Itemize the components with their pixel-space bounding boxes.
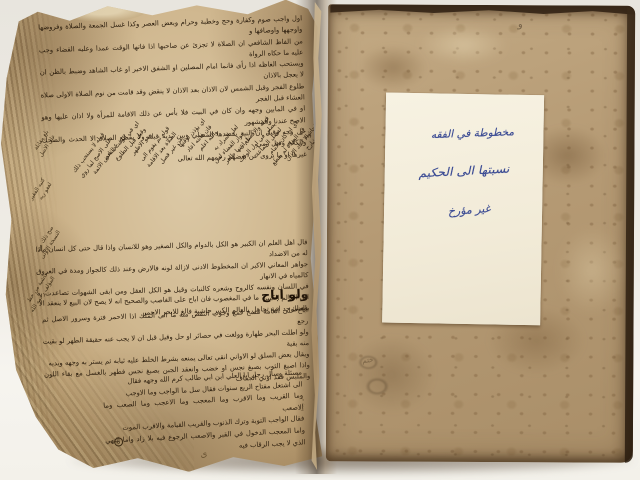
- note-line-1: مخطوطة في الفقه: [393, 125, 551, 143]
- light-patch: [418, 25, 508, 65]
- seal-glyph-text: ختم: [362, 356, 374, 365]
- foxing-stain: [346, 334, 436, 414]
- faint-seal-impression: [364, 376, 390, 396]
- note-line-3: غير مؤرخ: [390, 198, 549, 222]
- left-manuscript-page: اول واجب صوم وكفارة وحج وخطبة وحرام وبعض…: [0, 0, 322, 474]
- catalog-note-slip: مخطوطة في الفقه نسبتها الى الحكيم غير مؤ…: [382, 93, 544, 326]
- light-patch: [557, 225, 627, 315]
- bottom-question-block: مسئلة وسأل رجل ابا العلي ابن ابي طالب كر…: [102, 367, 306, 459]
- manuscript-photo: اول واجب صوم وكفارة وحج وخطبة وحرام وبعض…: [0, 0, 640, 480]
- end-of-text-roundel: ه: [114, 437, 123, 446]
- faint-pen-mark: و: [517, 19, 523, 31]
- right-inner-cover-page: و مخطوطة في الفقه نسبتها الى الحكيم غير …: [326, 4, 635, 463]
- leather-cover-edge-right: [625, 8, 635, 463]
- diagonal-gloss-band: قوله لا يستحب ذلك على الاصح لما روي عن ب…: [57, 101, 310, 240]
- gutter-stub-script: و ث م: [300, 398, 306, 411]
- leather-cover-edge-top: [330, 4, 635, 15]
- note-line-2: نسبتها الى الحكيم: [378, 159, 549, 182]
- foxing-stain: [358, 44, 428, 90]
